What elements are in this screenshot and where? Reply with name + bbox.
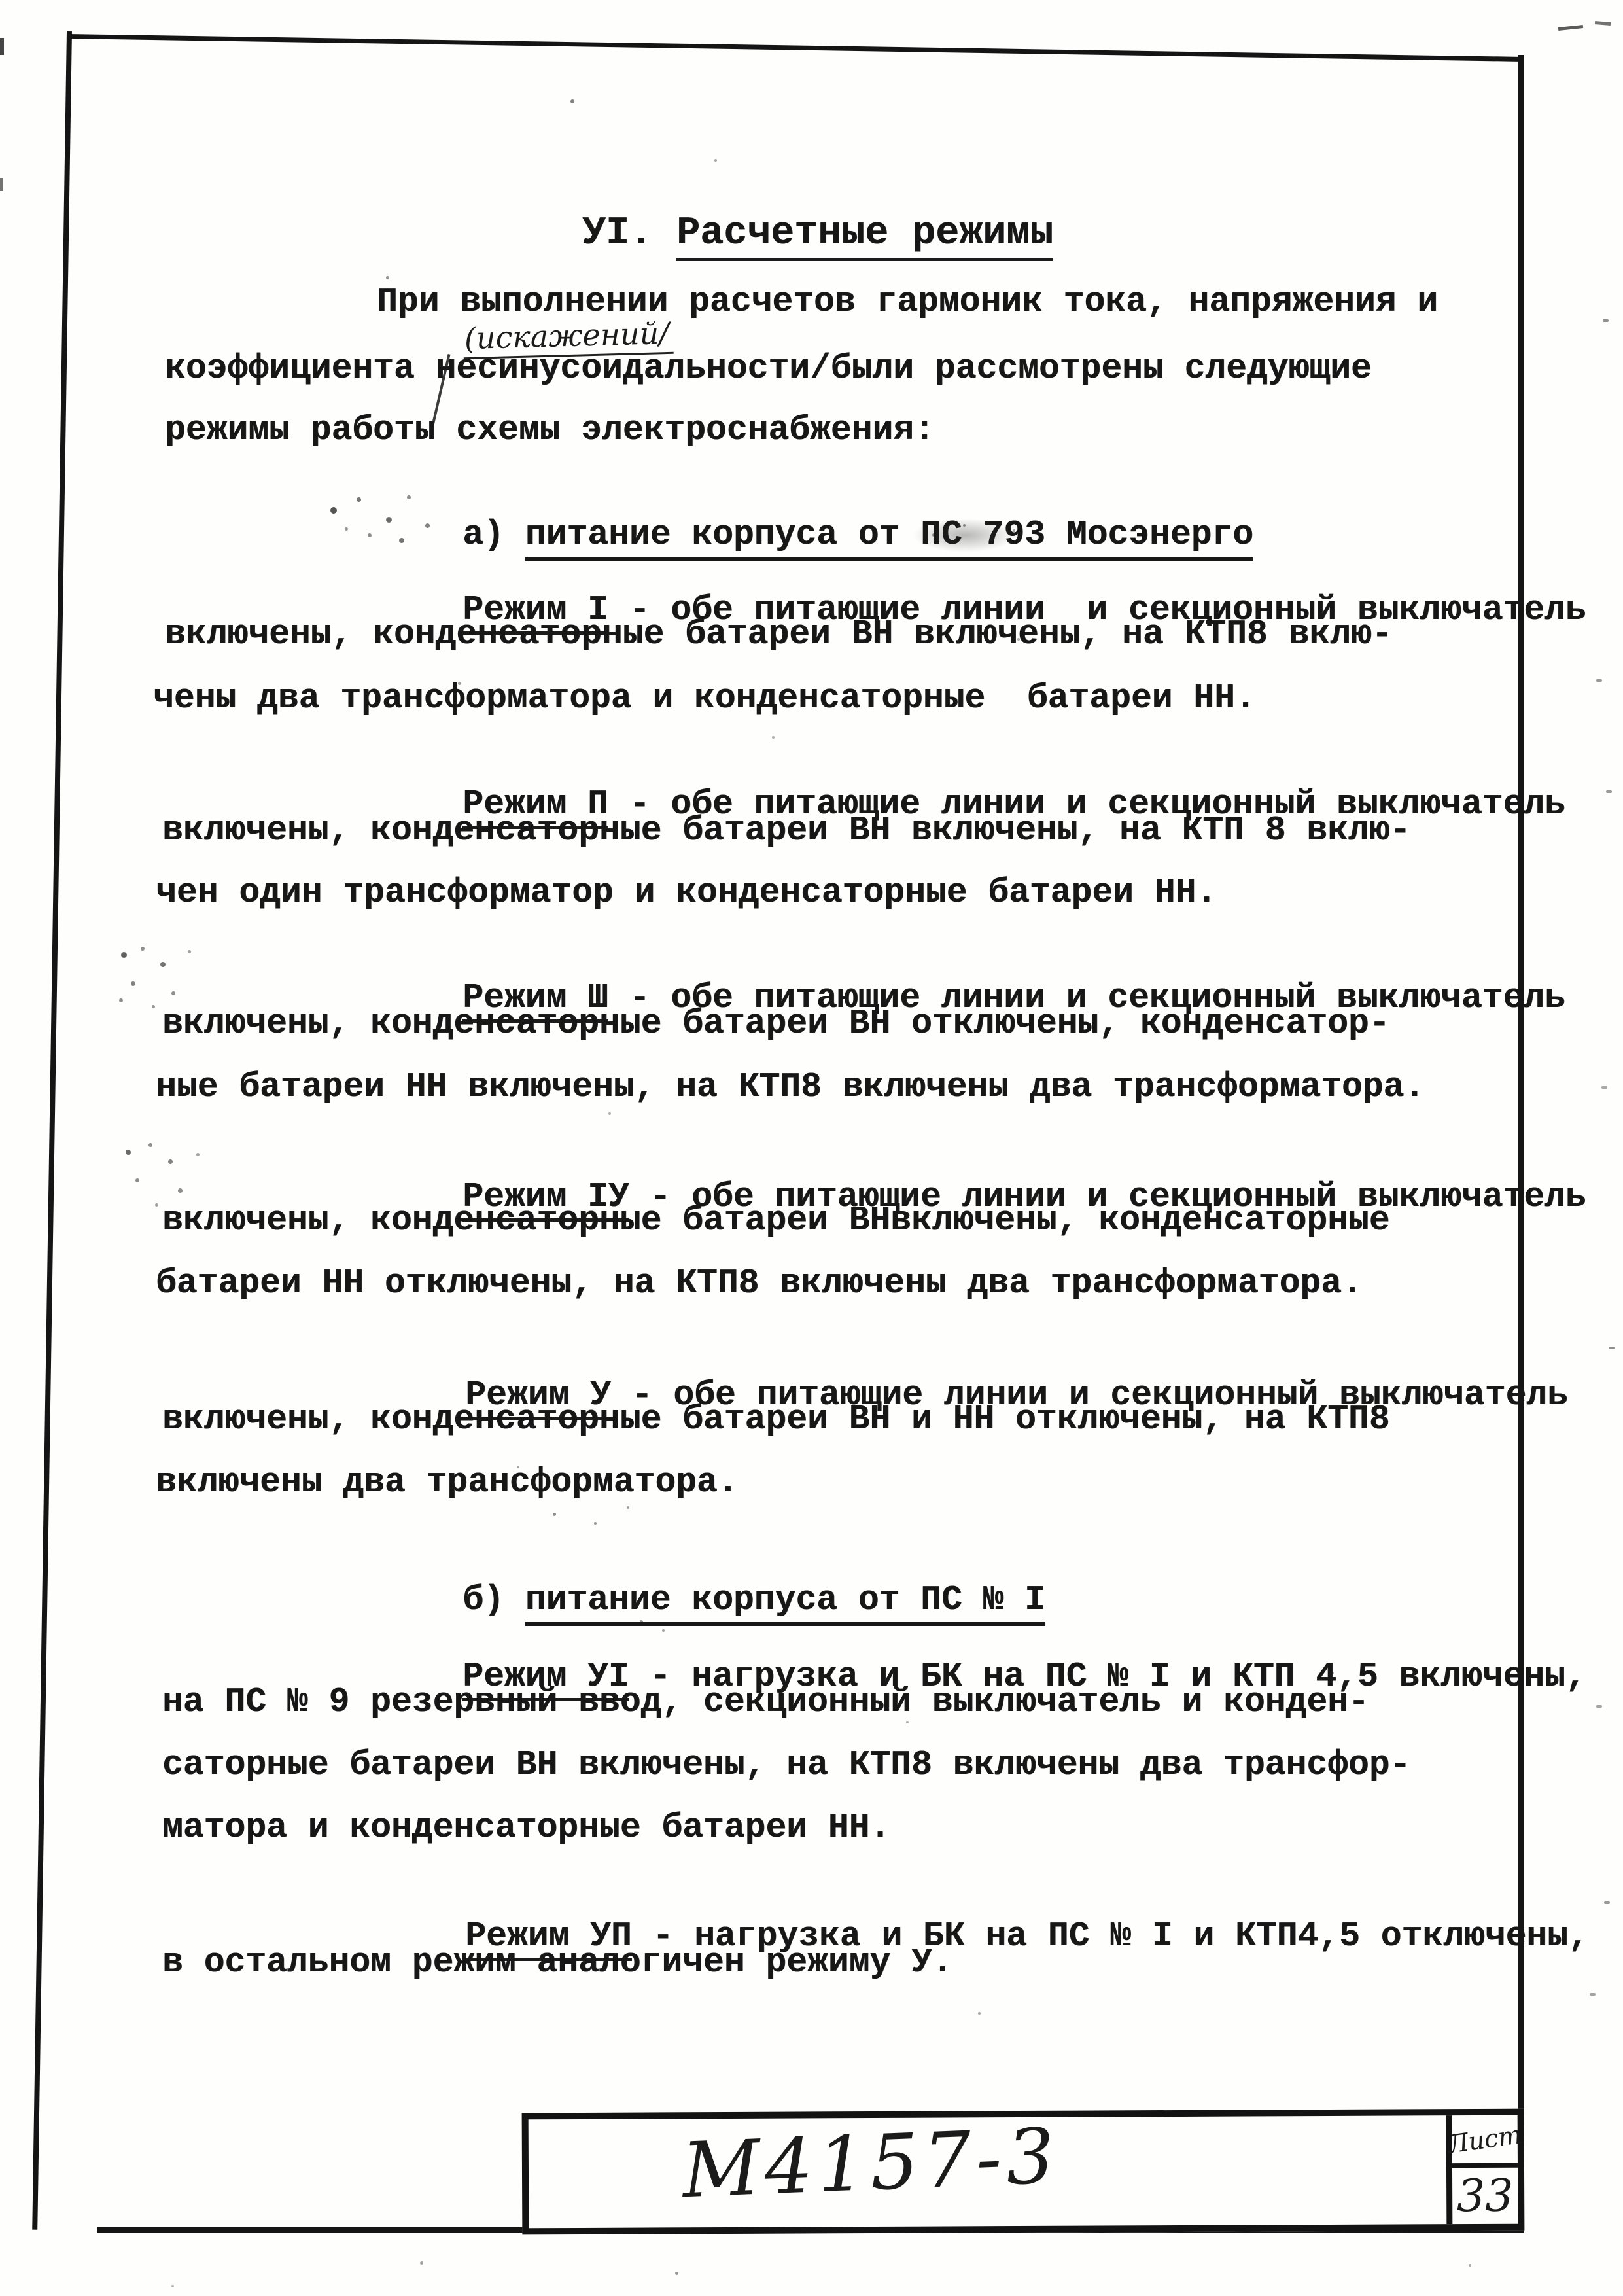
ink-speck — [152, 1005, 155, 1008]
regime-6-line-3: саторные батареи ВН включены, на КТП8 вк… — [162, 1746, 1410, 1784]
ink-speck — [963, 524, 966, 527]
margin-tick — [1609, 1347, 1615, 1349]
ink-speck — [357, 497, 361, 502]
ink-speck — [906, 1721, 909, 1723]
regime-1-line-3: чены два трансформатора и конденсаторные… — [153, 679, 1256, 717]
ink-speck — [196, 1153, 200, 1156]
ink-speck — [989, 540, 992, 544]
scan-artifact — [1558, 25, 1583, 31]
regime-5-line-3: включены два трансформатора. — [156, 1463, 739, 1501]
ink-speck — [126, 1150, 131, 1155]
ink-speck — [1017, 638, 1020, 641]
ink-speck — [121, 952, 127, 958]
ink-speck — [594, 1522, 597, 1525]
scan-smudge — [913, 518, 1017, 552]
margin-tick — [1596, 1705, 1602, 1708]
ink-speck — [1469, 2264, 1471, 2267]
margin-tick — [1590, 1993, 1596, 1996]
regime-1-line-2: включены, конденсаторные батареи ВН вклю… — [165, 615, 1393, 653]
page-border-left — [32, 31, 72, 2230]
regime-6-line-4: матора и конденсаторные батареи НН. — [162, 1809, 890, 1846]
ink-speck — [458, 682, 461, 685]
title-block: М4157-3 Лист 33 — [522, 2109, 1525, 2235]
ink-speck — [978, 2012, 981, 2015]
title-text: Расчетные режимы — [676, 211, 1053, 261]
regime-3-line-3: ные батареи НН включены, на КТП8 включен… — [156, 1068, 1425, 1106]
ink-speck — [345, 527, 348, 531]
ink-speck — [171, 2285, 174, 2287]
ink-speck — [386, 276, 389, 279]
sheet-label-cell: Лист — [1452, 2115, 1518, 2168]
intro-line-1: При выполнении расчетов гармоник тока, н… — [377, 283, 1438, 321]
sheet-label: Лист — [1446, 2120, 1524, 2159]
ink-speck — [420, 2261, 423, 2265]
ink-speck — [131, 981, 135, 986]
regime-5-line-2: включены, конденсаторные батареи ВН и НН… — [162, 1400, 1390, 1438]
title-number: УІ. — [582, 211, 653, 256]
ink-speck — [1013, 529, 1015, 532]
regime-4-line-2: включены, конденсаторные батареи ВНвключ… — [162, 1201, 1390, 1239]
ink-speck — [155, 1203, 158, 1207]
regime-2-line-3: чен один трансформатор и конденсаторные … — [156, 874, 1217, 911]
ink-speck — [675, 2272, 678, 2275]
regime-4-line-3: батареи НН отключены, на КТП8 включены д… — [156, 1264, 1363, 1302]
scan-artifact — [0, 178, 3, 191]
title-block-sheet-cell: Лист 33 — [1452, 2115, 1518, 2224]
margin-tick — [1604, 1901, 1610, 1904]
ink-speck — [425, 523, 430, 528]
regime-6-line-2: на ПС № 9 резервный ввод, секционный вык… — [162, 1683, 1369, 1721]
intro-line-2: коэффициента несинусоидальности/были рас… — [165, 349, 1372, 387]
ink-speck — [160, 962, 166, 967]
ink-speck — [141, 947, 145, 951]
section-a-prefix: а) — [462, 515, 504, 554]
ink-speck — [517, 1466, 519, 1468]
ink-speck — [119, 998, 123, 1002]
regime-7-line-2: в остальном режим аналогичен режиму У. — [162, 1943, 953, 1981]
ink-speck — [1331, 1672, 1334, 1674]
sheet-number: 33 — [1457, 2170, 1514, 2221]
ink-speck — [178, 1188, 183, 1193]
page-border-top — [67, 34, 1523, 62]
scan-artifact — [1595, 21, 1611, 26]
ink-speck — [570, 99, 574, 103]
ink-speck — [386, 517, 392, 523]
ink-speck — [662, 1629, 665, 1632]
ink-speck — [608, 1112, 611, 1115]
ink-speck — [148, 1143, 152, 1147]
ink-speck — [932, 533, 935, 537]
title-block-code-cell: М4157-3 — [529, 2115, 1453, 2228]
margin-tick — [1606, 790, 1612, 793]
ink-speck — [640, 1620, 643, 1623]
regime-3-line-2: включены, конденсаторные батареи ВН откл… — [162, 1004, 1390, 1042]
ink-speck — [772, 736, 775, 739]
margin-tick — [1601, 1086, 1607, 1089]
ink-speck — [407, 495, 411, 499]
ink-speck — [553, 1513, 556, 1516]
ink-speck — [330, 507, 337, 514]
ink-speck — [714, 159, 717, 162]
ink-speck — [368, 533, 372, 537]
scanned-document-page: УІ.Расчетные режимы При выполнении расче… — [0, 0, 1623, 2296]
document-code: М4157-3 — [681, 2112, 1061, 2216]
ink-speck — [171, 991, 175, 995]
ink-speck — [135, 1178, 139, 1182]
ink-speck — [188, 950, 191, 953]
ink-speck — [399, 538, 404, 543]
ink-speck — [168, 1159, 173, 1164]
regime-2-line-2: включены, конденсаторные батареи ВН вклю… — [162, 811, 1410, 849]
scan-artifact — [0, 38, 4, 55]
section-b-prefix: б) — [462, 1580, 504, 1619]
ink-speck — [627, 1506, 629, 1509]
intro-line-3: режимы работы схемы электроснабжения: — [165, 411, 935, 449]
margin-tick — [1603, 319, 1609, 322]
margin-tick — [1596, 679, 1602, 682]
sheet-number-cell: 33 — [1452, 2168, 1518, 2224]
page-title: УІ.Расчетные режимы — [488, 169, 1053, 298]
